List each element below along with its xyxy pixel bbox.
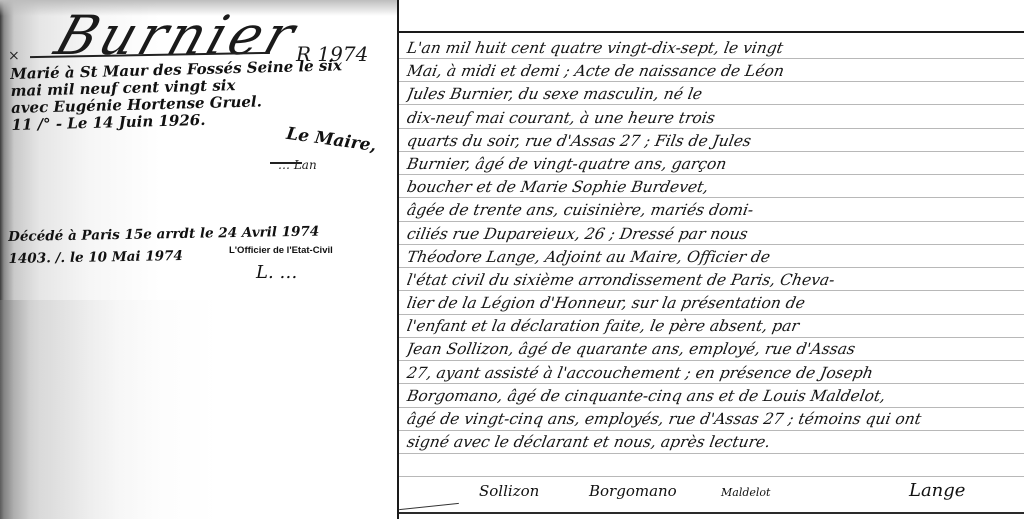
scanned-register-page: × Burnier R 1974 Marié à St Maur des Fos…: [0, 0, 1024, 519]
entry-line: Jules Burnier, du sexe masculin, né le: [405, 83, 1021, 106]
officer-stamp: L'Officier de l'Etat-Civil: [229, 245, 333, 256]
entry-text: L'an mil huit cent quatre vingt-dix-sept…: [407, 37, 1019, 454]
entry-line: Burnier, âgé de vingt-quatre ans, garçon: [405, 153, 1021, 176]
entry-line: dix-neuf mai courant, à une heure trois: [405, 107, 1021, 130]
entry-line: l'état civil du sixième arrondissement d…: [405, 269, 1021, 292]
entry-line: quarts du soir, rue d'Assas 27 ; Fils de…: [405, 130, 1021, 153]
entry-line: signé avec le déclarant et nous, après l…: [405, 431, 1021, 454]
bottom-rule: [399, 512, 1024, 514]
officer-signature: L. …: [256, 262, 297, 283]
signature-officer: Lange: [909, 480, 965, 501]
margin-column: × Burnier R 1974 Marié à St Maur des Fos…: [0, 0, 397, 519]
entry-line: âgée de trente ans, cuisinière, mariés d…: [405, 199, 1021, 222]
cross-mark: ×: [8, 48, 20, 64]
entry-line: Théodore Lange, Adjoint au Maire, Offici…: [405, 246, 1021, 269]
maire-signature: … Lan: [278, 158, 317, 172]
signature-witness-2: Maldelot: [721, 486, 770, 499]
margin-bleed-through: [0, 300, 397, 519]
entry-line: l'enfant et la déclaration faite, le pèr…: [405, 315, 1021, 338]
entry-line: Mai, à midi et demi ; Acte de naissance …: [405, 60, 1021, 83]
entry-line: Jean Sollizon, âgé de quarante ans, empl…: [405, 338, 1021, 361]
entry-line: L'an mil huit cent quatre vingt-dix-sept…: [405, 37, 1021, 60]
header-rule: [399, 31, 1024, 33]
signature-declarant: Sollizon: [479, 482, 539, 500]
marriage-annotation: Marié à St Maur des Fossés Seine le six …: [10, 56, 392, 134]
entry-line: 27, ayant assisté à l'accouchement ; en …: [405, 362, 1021, 385]
entry-line: boucher et de Marie Sophie Burdevet,: [405, 176, 1021, 199]
signature-row: Sollizon Borgomano Maldelot Lange: [439, 482, 1019, 516]
signature-witness-1: Borgomano: [589, 482, 677, 500]
entry-line: lier de la Légion d'Honneur, sur la prés…: [405, 292, 1021, 315]
entry-line: âgé de vingt-cinq ans, employés, rue d'A…: [405, 408, 1021, 431]
main-entry-column: L'an mil huit cent quatre vingt-dix-sept…: [397, 0, 1024, 519]
entry-line: Borgomano, âgé de cinquante-cinq ans et …: [405, 385, 1021, 408]
maire-signature-title: Le Maire,: [285, 124, 378, 156]
ruled-line: [399, 476, 1024, 477]
entry-line: ciliés rue Dupareieux, 26 ; Dressé par n…: [405, 223, 1021, 246]
